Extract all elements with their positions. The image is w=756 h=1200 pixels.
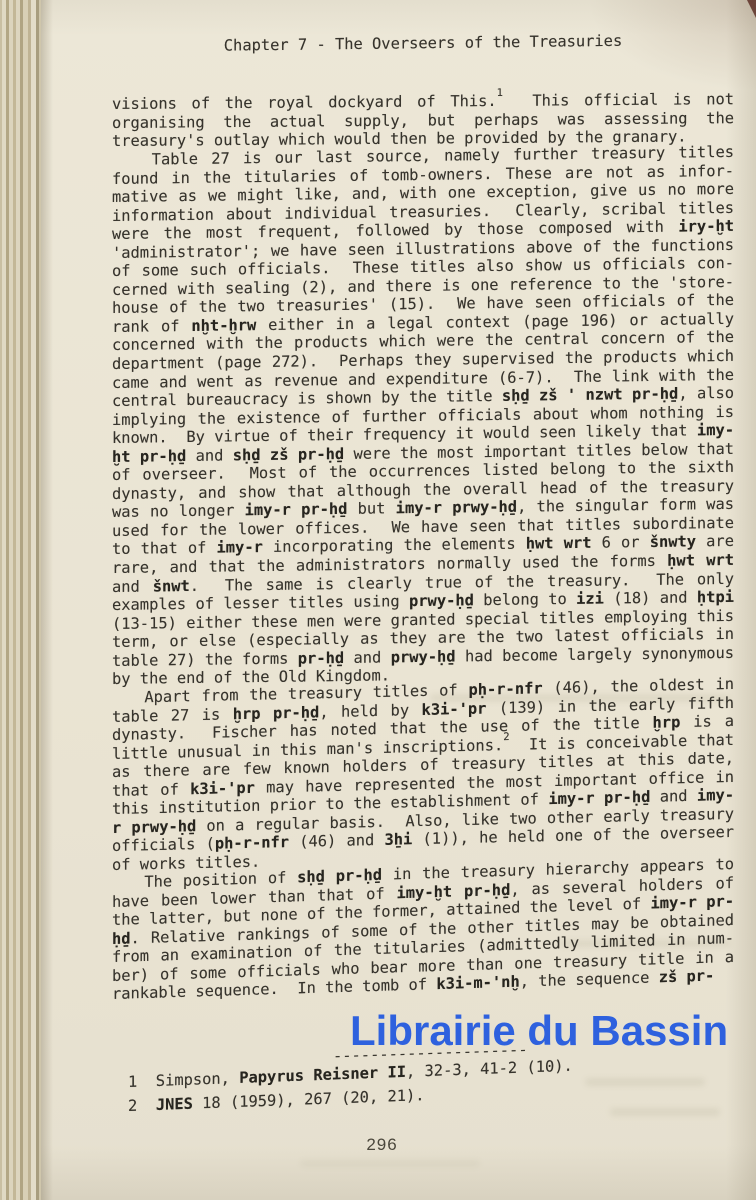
paragraph: Apart from the treasury titles of pḥ-r-n… [112, 674, 734, 874]
body-text: visions of the royal dockyard of This.1 … [112, 95, 734, 1004]
paragraph: Table 27 is our last source, namely furt… [112, 142, 734, 688]
watermark: Librairie du Bassin [350, 1007, 728, 1055]
paragraph: The position of sḥḏ pr-ḥḏ in the treasur… [112, 855, 734, 1004]
reverse-text-showthrough [610, 1108, 720, 1116]
page-number: 296 [112, 1135, 652, 1155]
reverse-text-showthrough [300, 1160, 480, 1167]
paragraph: visions of the royal dockyard of This.1 … [112, 90, 734, 151]
book-page-edges [0, 0, 41, 1200]
book-page-photo: Chapter 7 - The Overseers of the Treasur… [0, 0, 756, 1200]
